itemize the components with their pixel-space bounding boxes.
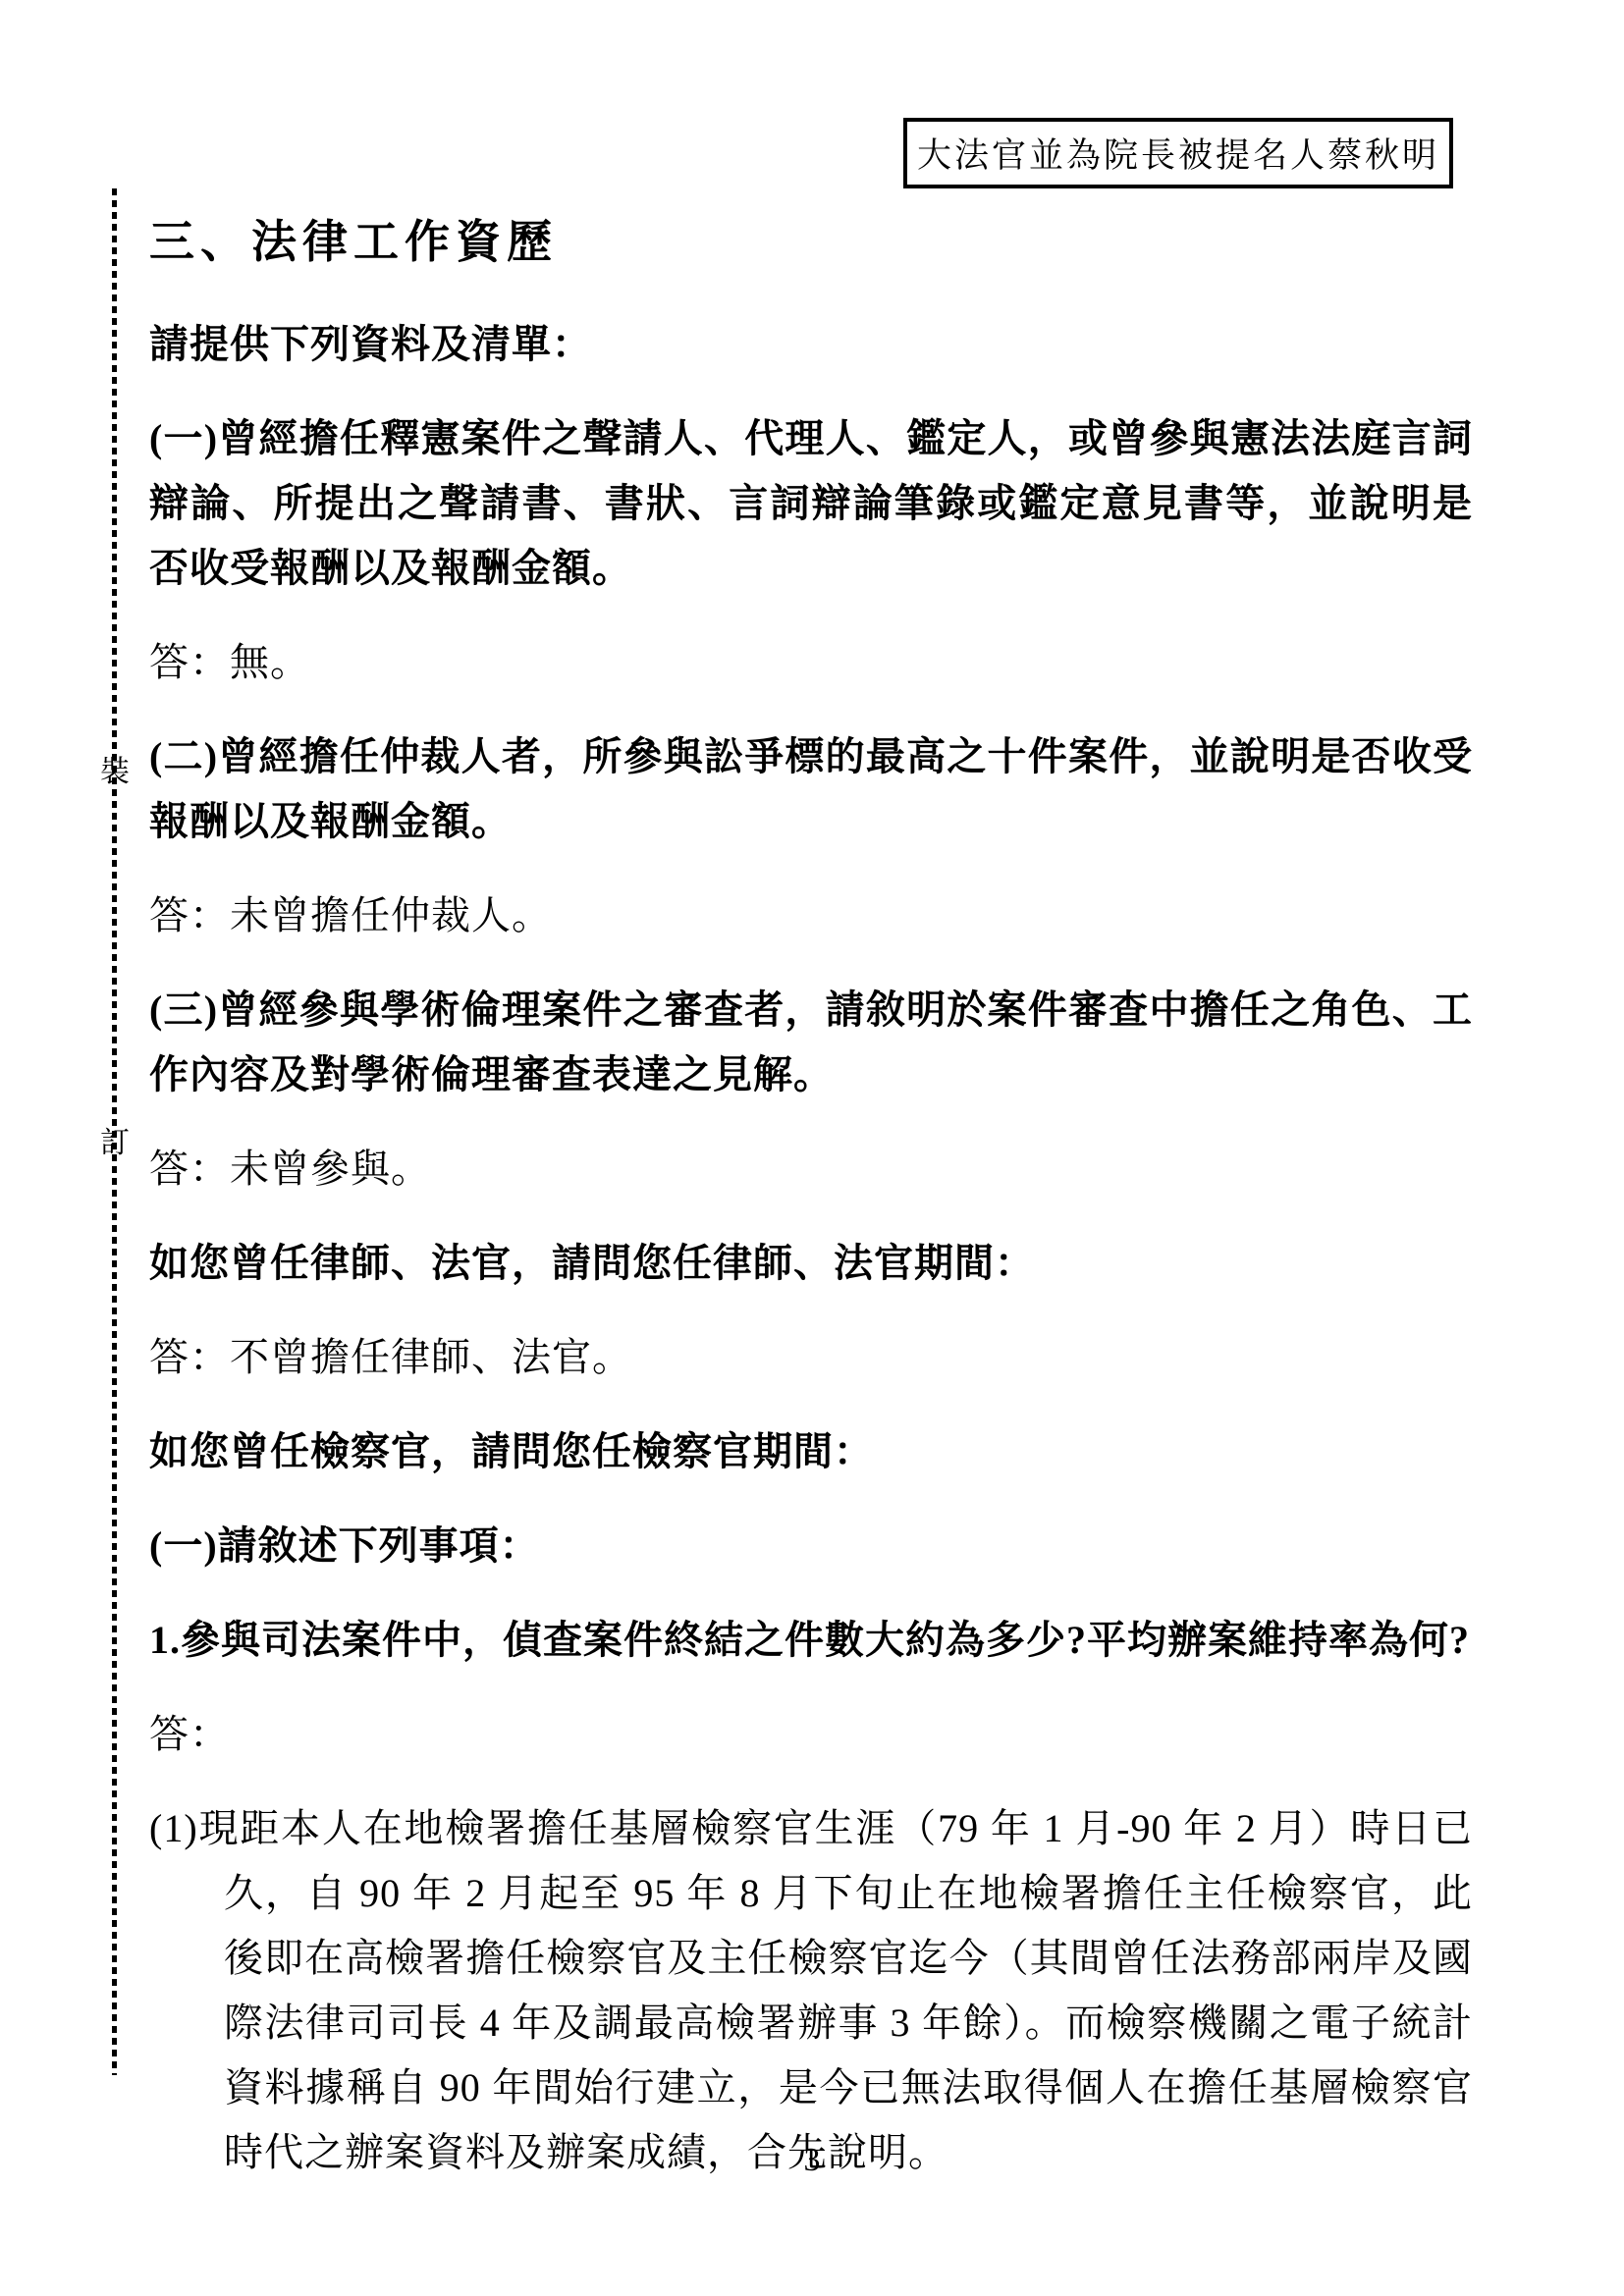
section-title: 三、法律工作資歷	[149, 208, 1473, 277]
question-item-3: (三)曾經參與學術倫理案件之審查者，請敘明於案件審查中擔任之角色、工作內容及對學…	[149, 978, 1473, 1107]
lawyer-judge-answer: 答：不曾擔任律師、法官。	[149, 1325, 1473, 1390]
prosecutor-item1-answer-label: 答：	[149, 1702, 1473, 1767]
document-body: 三、法律工作資歷 請提供下列資料及清單： (一)曾經擔任釋憲案件之聲請人、代理人…	[149, 208, 1473, 2215]
question-item-2: (二)曾經擔任仲裁人者，所參與訟爭標的最高之十件案件，並說明是否收受報酬以及報酬…	[149, 724, 1473, 854]
binding-mark-zhuang: 裝	[93, 756, 136, 789]
binding-mark-ding: 訂	[93, 1127, 136, 1160]
prosecutor-question: 如您曾任檢察官，請問您任檢察官期間：	[149, 1419, 1473, 1484]
nominee-header-text: 大法官並為院長被提名人蔡秋明	[917, 129, 1439, 178]
lawyer-judge-question: 如您曾任律師、法官，請問您任律師、法官期間：	[149, 1231, 1473, 1296]
answer-item-2: 答：未曾擔任仲裁人。	[149, 883, 1473, 948]
prosecutor-item1-answer-point1: (1)現距本人在地檢署擔任基層檢察官生涯（79 年 1 月-90 年 2 月）時…	[149, 1796, 1473, 2185]
intro-line: 請提供下列資料及清單：	[149, 312, 1473, 377]
answer-item-1: 答：無。	[149, 630, 1473, 695]
prosecutor-list-heading: (一)請敘述下列事項：	[149, 1514, 1473, 1578]
prosecutor-item1-question: 1.參與司法案件中，偵查案件終結之件數大約為多少?平均辦案維持率為何?	[149, 1608, 1473, 1673]
question-item-1: (一)曾經擔任釋憲案件之聲請人、代理人、鑑定人，或曾參與憲法法庭言詞辯論、所提出…	[149, 406, 1473, 601]
page-number: 3	[0, 2142, 1624, 2179]
document-page: { "header": { "nominee_box": "大法官並為院長被提名…	[0, 0, 1624, 2296]
nominee-header-box: 大法官並為院長被提名人蔡秋明	[903, 118, 1453, 188]
answer-item-3: 答：未曾參與。	[149, 1137, 1473, 1201]
page-background: 裝 訂 大法官並為院長被提名人蔡秋明 三、法律工作資歷 請提供下列資料及清單： …	[0, 0, 1624, 2296]
